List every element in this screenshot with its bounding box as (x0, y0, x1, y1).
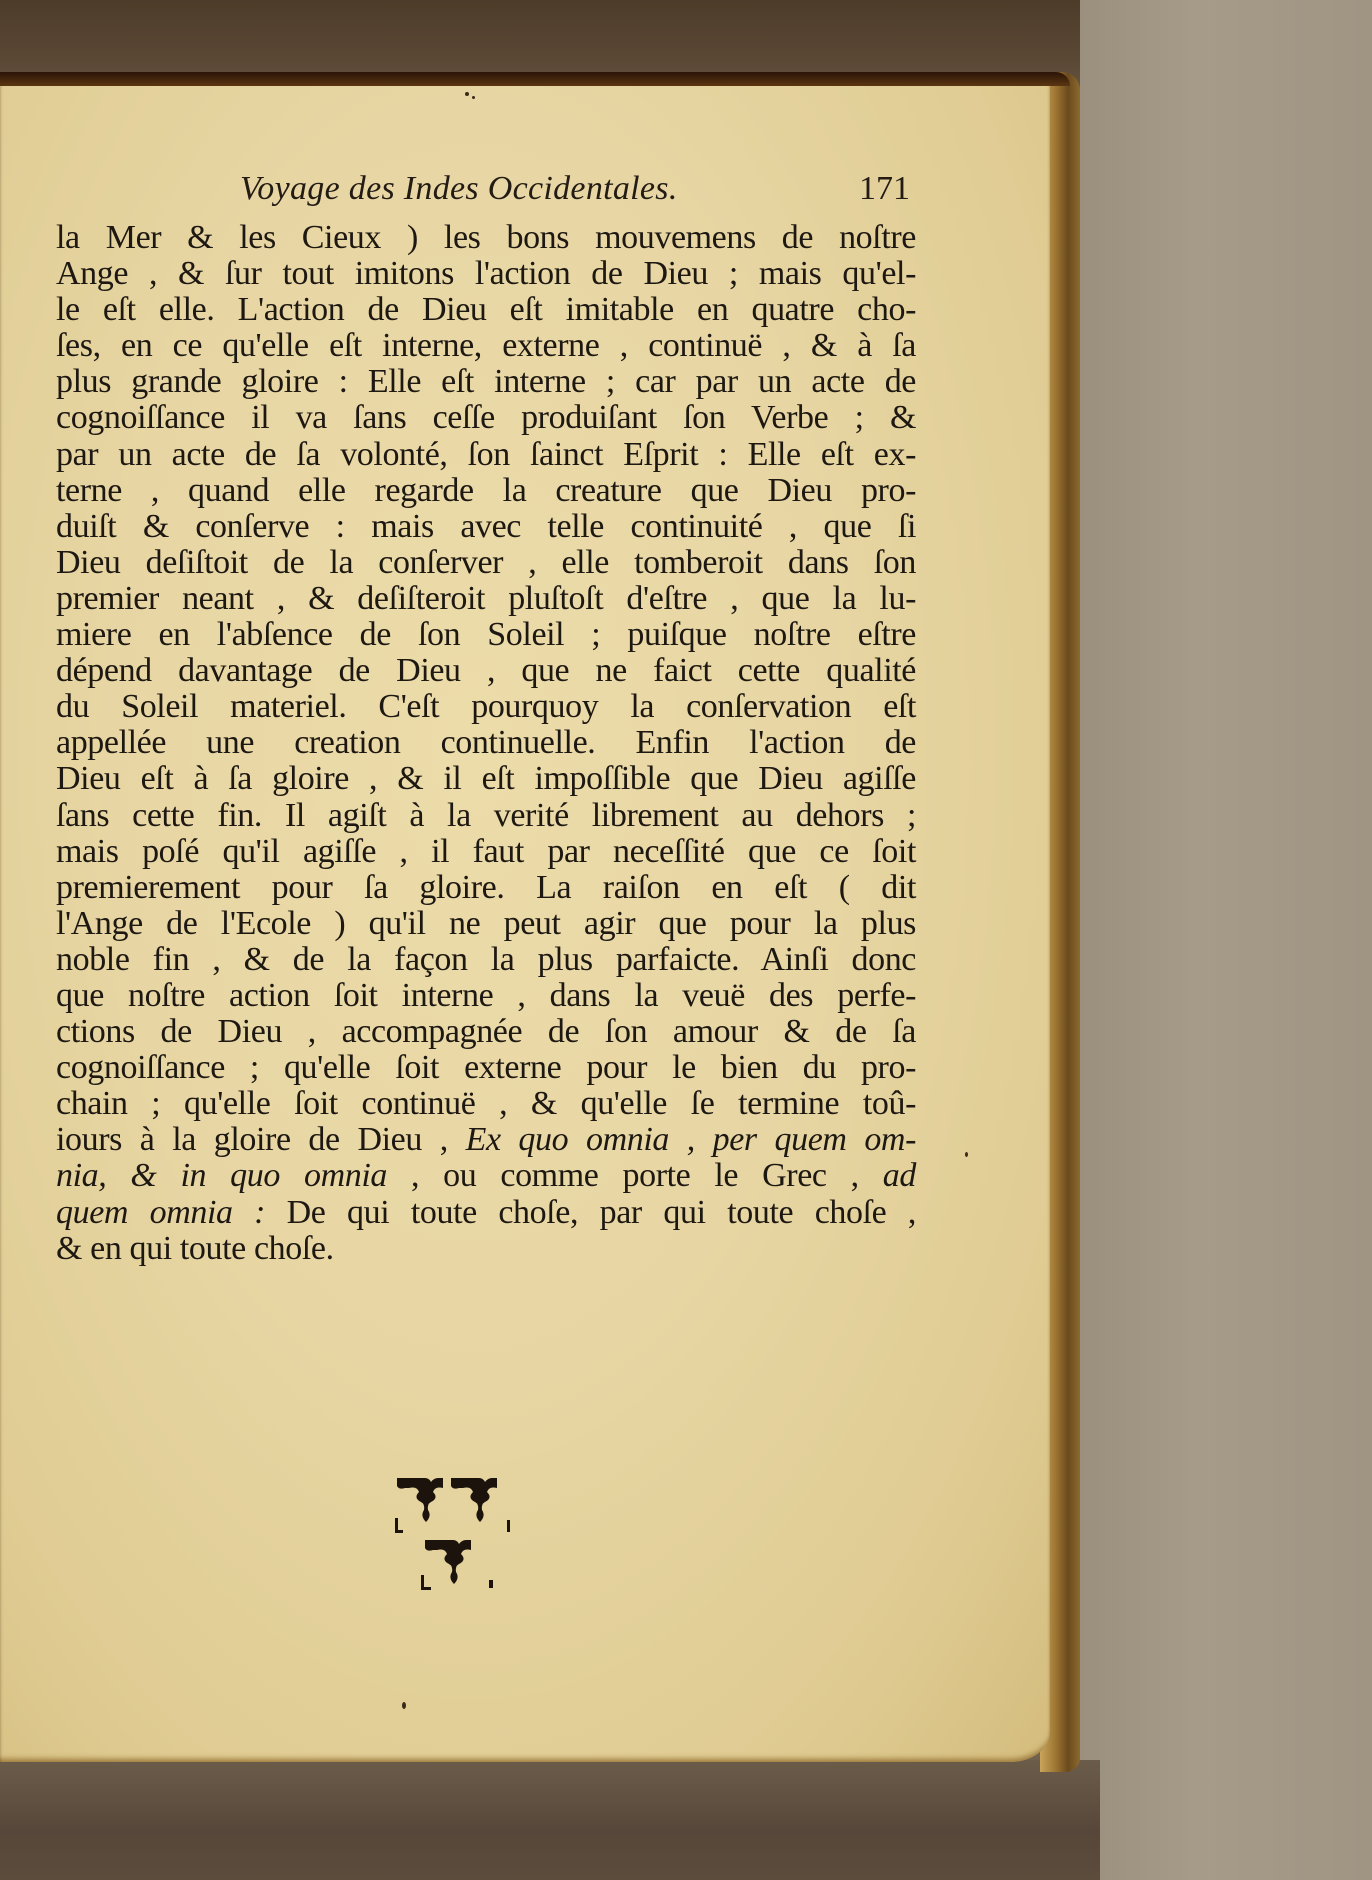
text-line: plus grande gloire : Elle eſt interne ; … (56, 364, 916, 400)
text-line-mixed: nia, & in quo omnia , ou comme porte le … (56, 1158, 916, 1194)
background-surface-bottom (0, 1760, 1100, 1880)
text-line-mixed: iours à la gloire de Dieu , Ex quo omnia… (56, 1122, 916, 1158)
paper-speck (402, 1702, 406, 1709)
text-line: que noſtre action ſoit interne , dans la… (56, 978, 916, 1014)
text-line: appellée une creation continuelle. Enfin… (56, 725, 916, 761)
background-surface-right (1080, 0, 1372, 1880)
text-line: mais poſé qu'il agiſſe , il faut par nec… (56, 834, 916, 870)
page-number: 171 (859, 170, 910, 208)
fleuron-ornament-icon (395, 1470, 525, 1600)
text-line: duiſt & conſerve : mais avec telle conti… (56, 509, 916, 545)
text-line: le eſt elle. L'action de Dieu eſt imitab… (56, 292, 916, 328)
text-line: Dieu eſt à ſa gloire , & il eſt impoſſib… (56, 761, 916, 797)
text-line: l'Ange de l'Ecole ) qu'il ne peut agir q… (56, 906, 916, 942)
latin-quotation: Ex quo omnia , per quem om- (466, 1121, 916, 1158)
text-line: chain ; qu'elle ſoit continuë , & qu'ell… (56, 1086, 916, 1122)
text-line: premier neant , & deſiſteroit pluſtoſt d… (56, 581, 916, 617)
running-head: Voyage des Indes Occidentales. 171 (240, 170, 910, 220)
text-line: terne , quand elle regarde la creature q… (56, 473, 916, 509)
cut-off-footer-text (60, 1868, 660, 1880)
latin-quotation: ad (883, 1157, 916, 1194)
text-line: la Mer & les Cieux ) les bons mouvemens … (56, 220, 916, 256)
text-line: par un acte de ſa volonté, ſon ſainct Eſ… (56, 437, 916, 473)
text-line: Dieu deſiſtoit de la conſerver , elle to… (56, 545, 916, 581)
text-line: du Soleil materiel. C'eſt pourquoy la co… (56, 689, 916, 725)
running-title: Voyage des Indes Occidentales. (240, 170, 678, 208)
text-line: cognoiſſance ; qu'elle ſoit externe pour… (56, 1050, 916, 1086)
text-line: ctions de Dieu , accompagnée de ſon amou… (56, 1014, 916, 1050)
text-line-mixed: quem omnia : De qui toute choſe, par qui… (56, 1195, 916, 1231)
text-line: dépend davantage de Dieu , que ne faict … (56, 653, 916, 689)
latin-quotation: nia, & in quo omnia (56, 1157, 387, 1194)
text-line: Ange , & ſur tout imitons l'action de Di… (56, 256, 916, 292)
latin-quotation: quem omnia : (56, 1194, 265, 1231)
roman-segment: iours à la gloire de Dieu , (56, 1121, 466, 1158)
text-line: cognoiſſance il va ſans ceſſe produiſant… (56, 400, 916, 436)
paper-speck (465, 92, 469, 96)
paper-speck (472, 96, 475, 99)
paper-speck (965, 1152, 968, 1157)
text-line: noble fin , & de la façon la plus parfai… (56, 942, 916, 978)
roman-segment: , ou comme porte le Grec , (387, 1157, 883, 1194)
page-top-edge (0, 72, 1070, 86)
text-line: ſans cette fin. Il agiſt à la verité lib… (56, 798, 916, 834)
body-text: la Mer & les Cieux ) les bons mouvemens … (56, 220, 916, 1267)
text-line-final: & en qui toute choſe. (56, 1231, 916, 1267)
text-line: ſes, en ce qu'elle eſt interne, externe … (56, 328, 916, 364)
roman-segment: De qui toute choſe, par qui toute choſe … (265, 1194, 916, 1231)
text-line: premierement pour ſa gloire. La raiſon e… (56, 870, 916, 906)
text-line: miere en l'abſence de ſon Soleil ; puiſq… (56, 617, 916, 653)
